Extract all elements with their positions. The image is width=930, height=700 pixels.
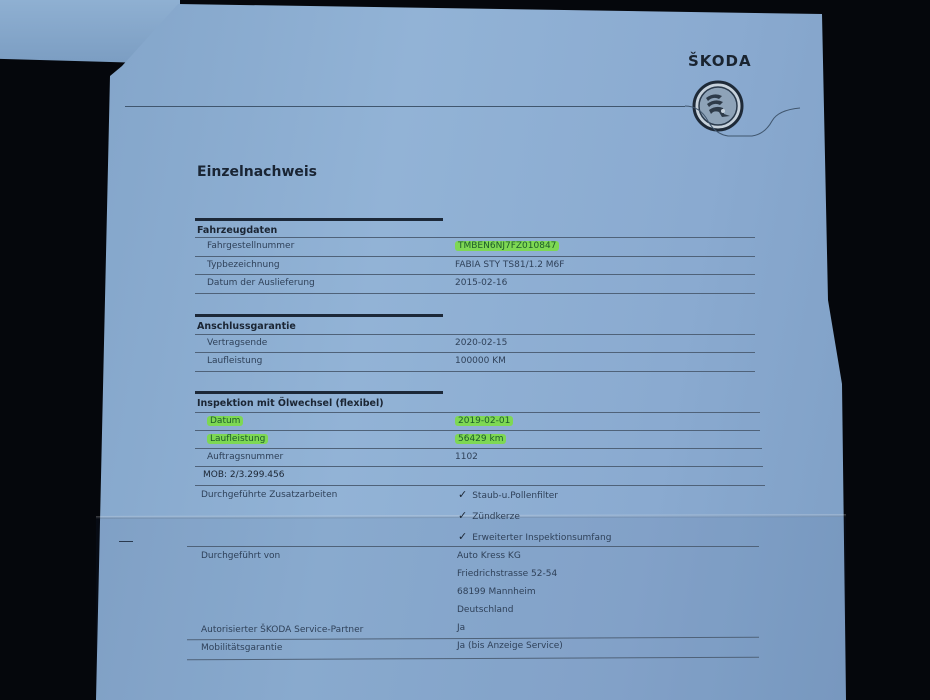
row-label: Auftragsnummer — [207, 452, 283, 462]
row-value-mileage: 56429 km — [455, 434, 506, 444]
table-row: MOB: 2/3.299.456 — [195, 466, 763, 485]
row-divider — [187, 546, 759, 547]
row-value: FABIA STY TS81/1.2 M6F — [455, 260, 564, 270]
authorized-partner-value: Ja — [457, 623, 465, 633]
header-curve — [660, 96, 810, 146]
table-row: Vertragsende 2020-02-15 — [195, 334, 755, 353]
row-value: 1102 — [455, 452, 478, 462]
row-label: Laufleistung — [207, 434, 268, 444]
row-value: 100000 KM — [455, 356, 506, 366]
row-label: Datum der Auslieferung — [207, 278, 315, 288]
row-label: Laufleistung — [207, 356, 262, 366]
row-label: Fahrgestellnummer — [207, 241, 294, 251]
list-item: ✓Staub-u.Pollenfilter — [458, 488, 558, 501]
margin-mark — [119, 541, 133, 542]
row-divider — [195, 485, 765, 486]
row-label: Vertragsende — [207, 338, 267, 348]
row-value-vin: TMBEN6NJ7FZ010847 — [455, 241, 559, 251]
section-heading-inspection: Inspektion mit Ölwechsel (flexibel) — [197, 398, 384, 409]
row-value: 2020-02-15 — [455, 338, 507, 348]
performed-by-label: Durchgeführt von — [201, 551, 280, 561]
section-divider — [195, 391, 443, 394]
additional-work-label: Durchgeführte Zusatzarbeiten — [201, 490, 337, 500]
page-title: Einzelnachweis — [197, 164, 317, 180]
table-row: Datum 2019-02-01 — [195, 412, 760, 431]
table-row: Typbezeichnung FABIA STY TS81/1.2 M6F — [195, 256, 755, 275]
section-heading-warranty: Anschlussgarantie — [197, 321, 296, 332]
authorized-partner-label: Autorisierter ŠKODA Service-Partner — [201, 625, 363, 635]
table-row: Auftragsnummer 1102 — [195, 448, 762, 467]
row-label: Typbezeichnung — [207, 260, 280, 270]
row-label: Datum — [207, 416, 243, 426]
checkmark-icon: ✓ — [458, 530, 467, 543]
table-row: Laufleistung 100000 KM — [195, 352, 755, 372]
mobility-guarantee-label: Mobilitätsgarantie — [201, 643, 282, 653]
table-row: Fahrgestellnummer TMBEN6NJ7FZ010847 — [195, 237, 755, 256]
row-value-date: 2019-02-01 — [455, 416, 513, 426]
checkmark-icon: ✓ — [458, 509, 467, 522]
header-rule — [125, 106, 685, 107]
section-heading-vehicle-data: Fahrzeugdaten — [197, 225, 277, 236]
table-row: Laufleistung 56429 km — [195, 430, 760, 449]
list-item: ✓Zündkerze — [458, 509, 520, 522]
workshop-street: Friedrichstrasse 52-54 — [457, 569, 557, 579]
mobility-guarantee-value: Ja (bis Anzeige Service) — [457, 641, 563, 651]
workshop-city: 68199 Mannheim — [457, 587, 536, 597]
brand-wordmark: ŠKODA — [688, 52, 752, 70]
row-label: MOB: 2/3.299.456 — [203, 470, 284, 480]
table-row: Datum der Auslieferung 2015-02-16 — [195, 274, 755, 294]
section-divider — [195, 314, 443, 317]
checkmark-icon: ✓ — [458, 488, 467, 501]
workshop-country: Deutschland — [457, 605, 513, 615]
row-value: 2015-02-16 — [455, 278, 507, 288]
workshop-name: Auto Kress KG — [457, 551, 521, 561]
list-item: ✓Erweiterter Inspektionsumfang — [458, 530, 611, 543]
section-divider — [195, 218, 443, 221]
